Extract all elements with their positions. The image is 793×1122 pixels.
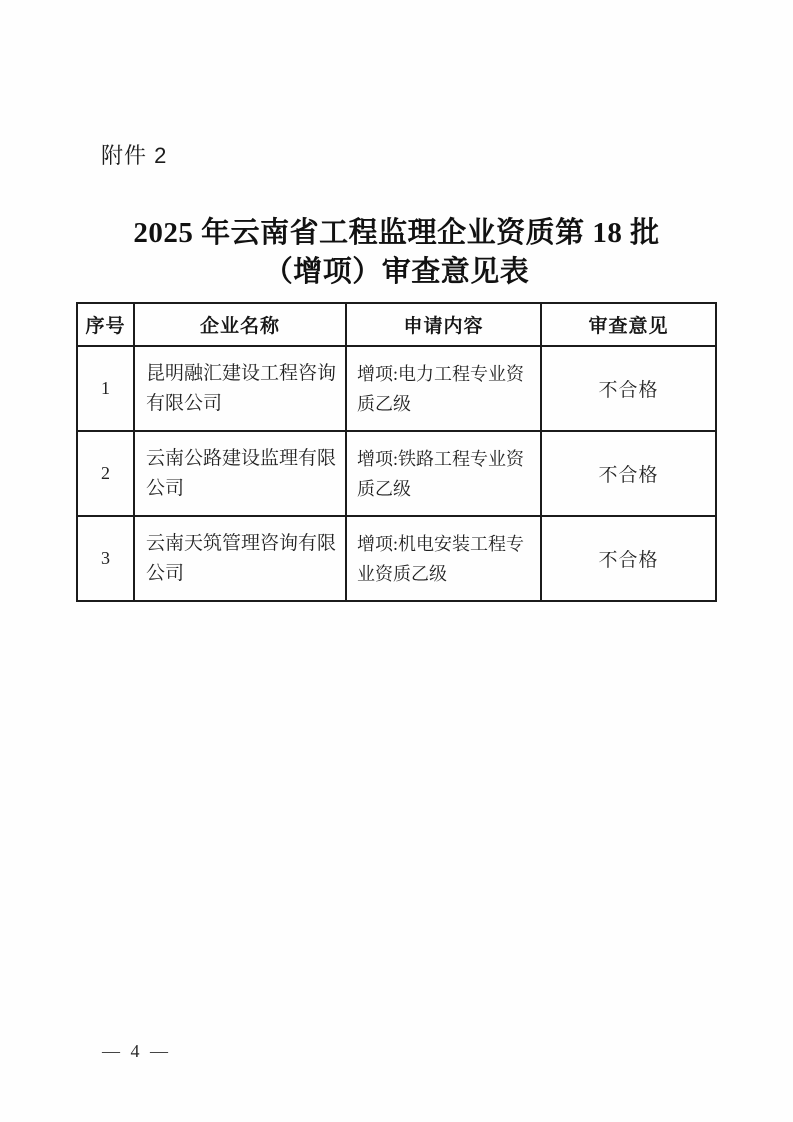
cell-opinion: 不合格 bbox=[541, 516, 716, 601]
document-page: 附件 2 2025 年云南省工程监理企业资质第 18 批 （增项）审查意见表 序… bbox=[0, 0, 793, 1122]
column-header-company: 企业名称 bbox=[134, 303, 346, 346]
cell-content: 增项:铁路工程专业资质乙级 bbox=[346, 431, 541, 516]
column-header-opinion: 审查意见 bbox=[541, 303, 716, 346]
cell-serial: 2 bbox=[77, 431, 134, 516]
column-header-content: 申请内容 bbox=[346, 303, 541, 346]
cell-opinion: 不合格 bbox=[541, 431, 716, 516]
cell-content: 增项:机电安装工程专业资质乙级 bbox=[346, 516, 541, 601]
page-number: — 4 — bbox=[102, 1041, 171, 1062]
column-header-serial: 序号 bbox=[77, 303, 134, 346]
table-row: 2 云南公路建设监理有限公司 增项:铁路工程专业资质乙级 不合格 bbox=[77, 431, 716, 516]
cell-company: 昆明融汇建设工程咨询有限公司 bbox=[134, 346, 346, 431]
cell-company: 云南天筑管理咨询有限公司 bbox=[134, 516, 346, 601]
table-row: 3 云南天筑管理咨询有限公司 增项:机电安装工程专业资质乙级 不合格 bbox=[77, 516, 716, 601]
document-title: 2025 年云南省工程监理企业资质第 18 批 （增项）审查意见表 bbox=[0, 214, 793, 292]
table-row: 1 昆明融汇建设工程咨询有限公司 增项:电力工程专业资质乙级 不合格 bbox=[77, 346, 716, 431]
cell-company: 云南公路建设监理有限公司 bbox=[134, 431, 346, 516]
cell-opinion: 不合格 bbox=[541, 346, 716, 431]
cell-serial: 1 bbox=[77, 346, 134, 431]
review-opinion-table: 序号 企业名称 申请内容 审查意见 1 昆明融汇建设工程咨询有限公司 增项:电力… bbox=[76, 302, 717, 602]
attachment-label: 附件 2 bbox=[101, 139, 167, 170]
cell-content: 增项:电力工程专业资质乙级 bbox=[346, 346, 541, 431]
table-header-row: 序号 企业名称 申请内容 审查意见 bbox=[77, 303, 716, 346]
title-line-1: 2025 年云南省工程监理企业资质第 18 批 bbox=[0, 214, 793, 253]
title-line-2: （增项）审查意见表 bbox=[0, 253, 793, 292]
cell-serial: 3 bbox=[77, 516, 134, 601]
